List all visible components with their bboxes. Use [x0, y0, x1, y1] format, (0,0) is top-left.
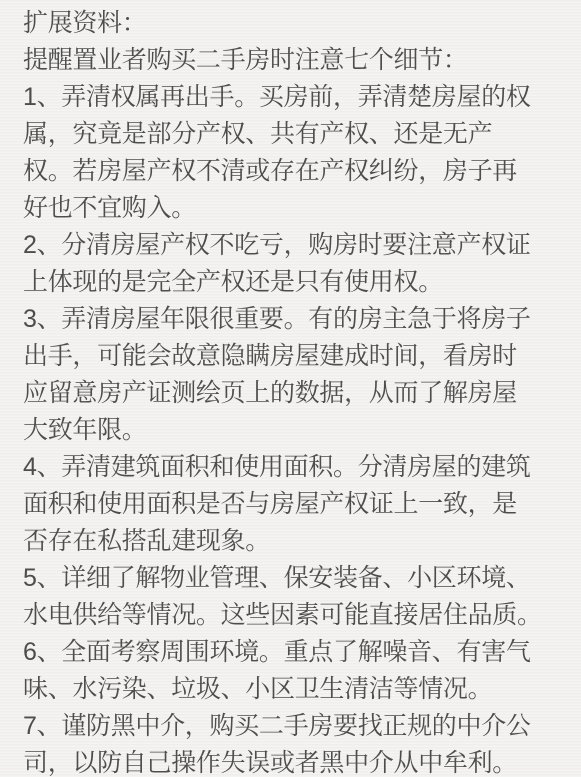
section-heading: 扩展资料： [23, 5, 567, 42]
text-line-tip7-b: 司，以防自己操作失误或者黑中介从中牟利。 [23, 745, 567, 777]
text-line-tip1-a: 1、弄清权属再出手。买房前，弄清楚房屋的权 [23, 79, 567, 116]
text-line-tip3-b: 出手，可能会故意隐瞒房屋建成时间，看房时 [23, 338, 567, 375]
text-line-tip4-b: 面积和使用面积是否与房屋产权证上一致，是 [23, 486, 567, 523]
text-line-tip3-c: 应留意房产证测绘页上的数据，从而了解房屋 [23, 375, 567, 412]
text-line-tip6-a: 6、全面考察周围环境。重点了解噪音、有害气 [23, 634, 567, 671]
text-line-tip7-a: 7、谨防黑中介，购买二手房要找正规的中介公 [23, 708, 567, 745]
article-body: 扩展资料： 提醒置业者购买二手房时注意七个细节： 1、弄清权属再出手。买房前，弄… [0, 0, 581, 777]
text-line-tip2-b: 上体现的是完全产权还是只有使用权。 [23, 264, 567, 301]
text-line-tip1-c: 权。若房屋产权不清或存在产权纠纷，房子再 [23, 153, 567, 190]
text-line-tip3-a: 3、弄清房屋年限很重要。有的房主急于将房子 [23, 301, 567, 338]
text-line-tip5-b: 水电供给等情况。这些因素可能直接居住品质。 [23, 597, 567, 634]
text-line-tip1-b: 属，究竟是部分产权、共有产权、还是无产 [23, 116, 567, 153]
text-line-tip1-d: 好也不宜购入。 [23, 190, 567, 227]
text-line-tip4-a: 4、弄清建筑面积和使用面积。分清房屋的建筑 [23, 449, 567, 486]
intro-line: 提醒置业者购买二手房时注意七个细节： [23, 42, 567, 79]
text-line-tip2-a: 2、分清房屋产权不吃亏，购房时要注意产权证 [23, 227, 567, 264]
text-line-tip6-b: 味、水污染、垃圾、小区卫生清洁等情况。 [23, 671, 567, 708]
text-line-tip3-d: 大致年限。 [23, 412, 567, 449]
text-line-tip5-a: 5、详细了解物业管理、保安装备、小区环境、 [23, 560, 567, 597]
text-line-tip4-c: 否存在私搭乱建现象。 [23, 523, 567, 560]
